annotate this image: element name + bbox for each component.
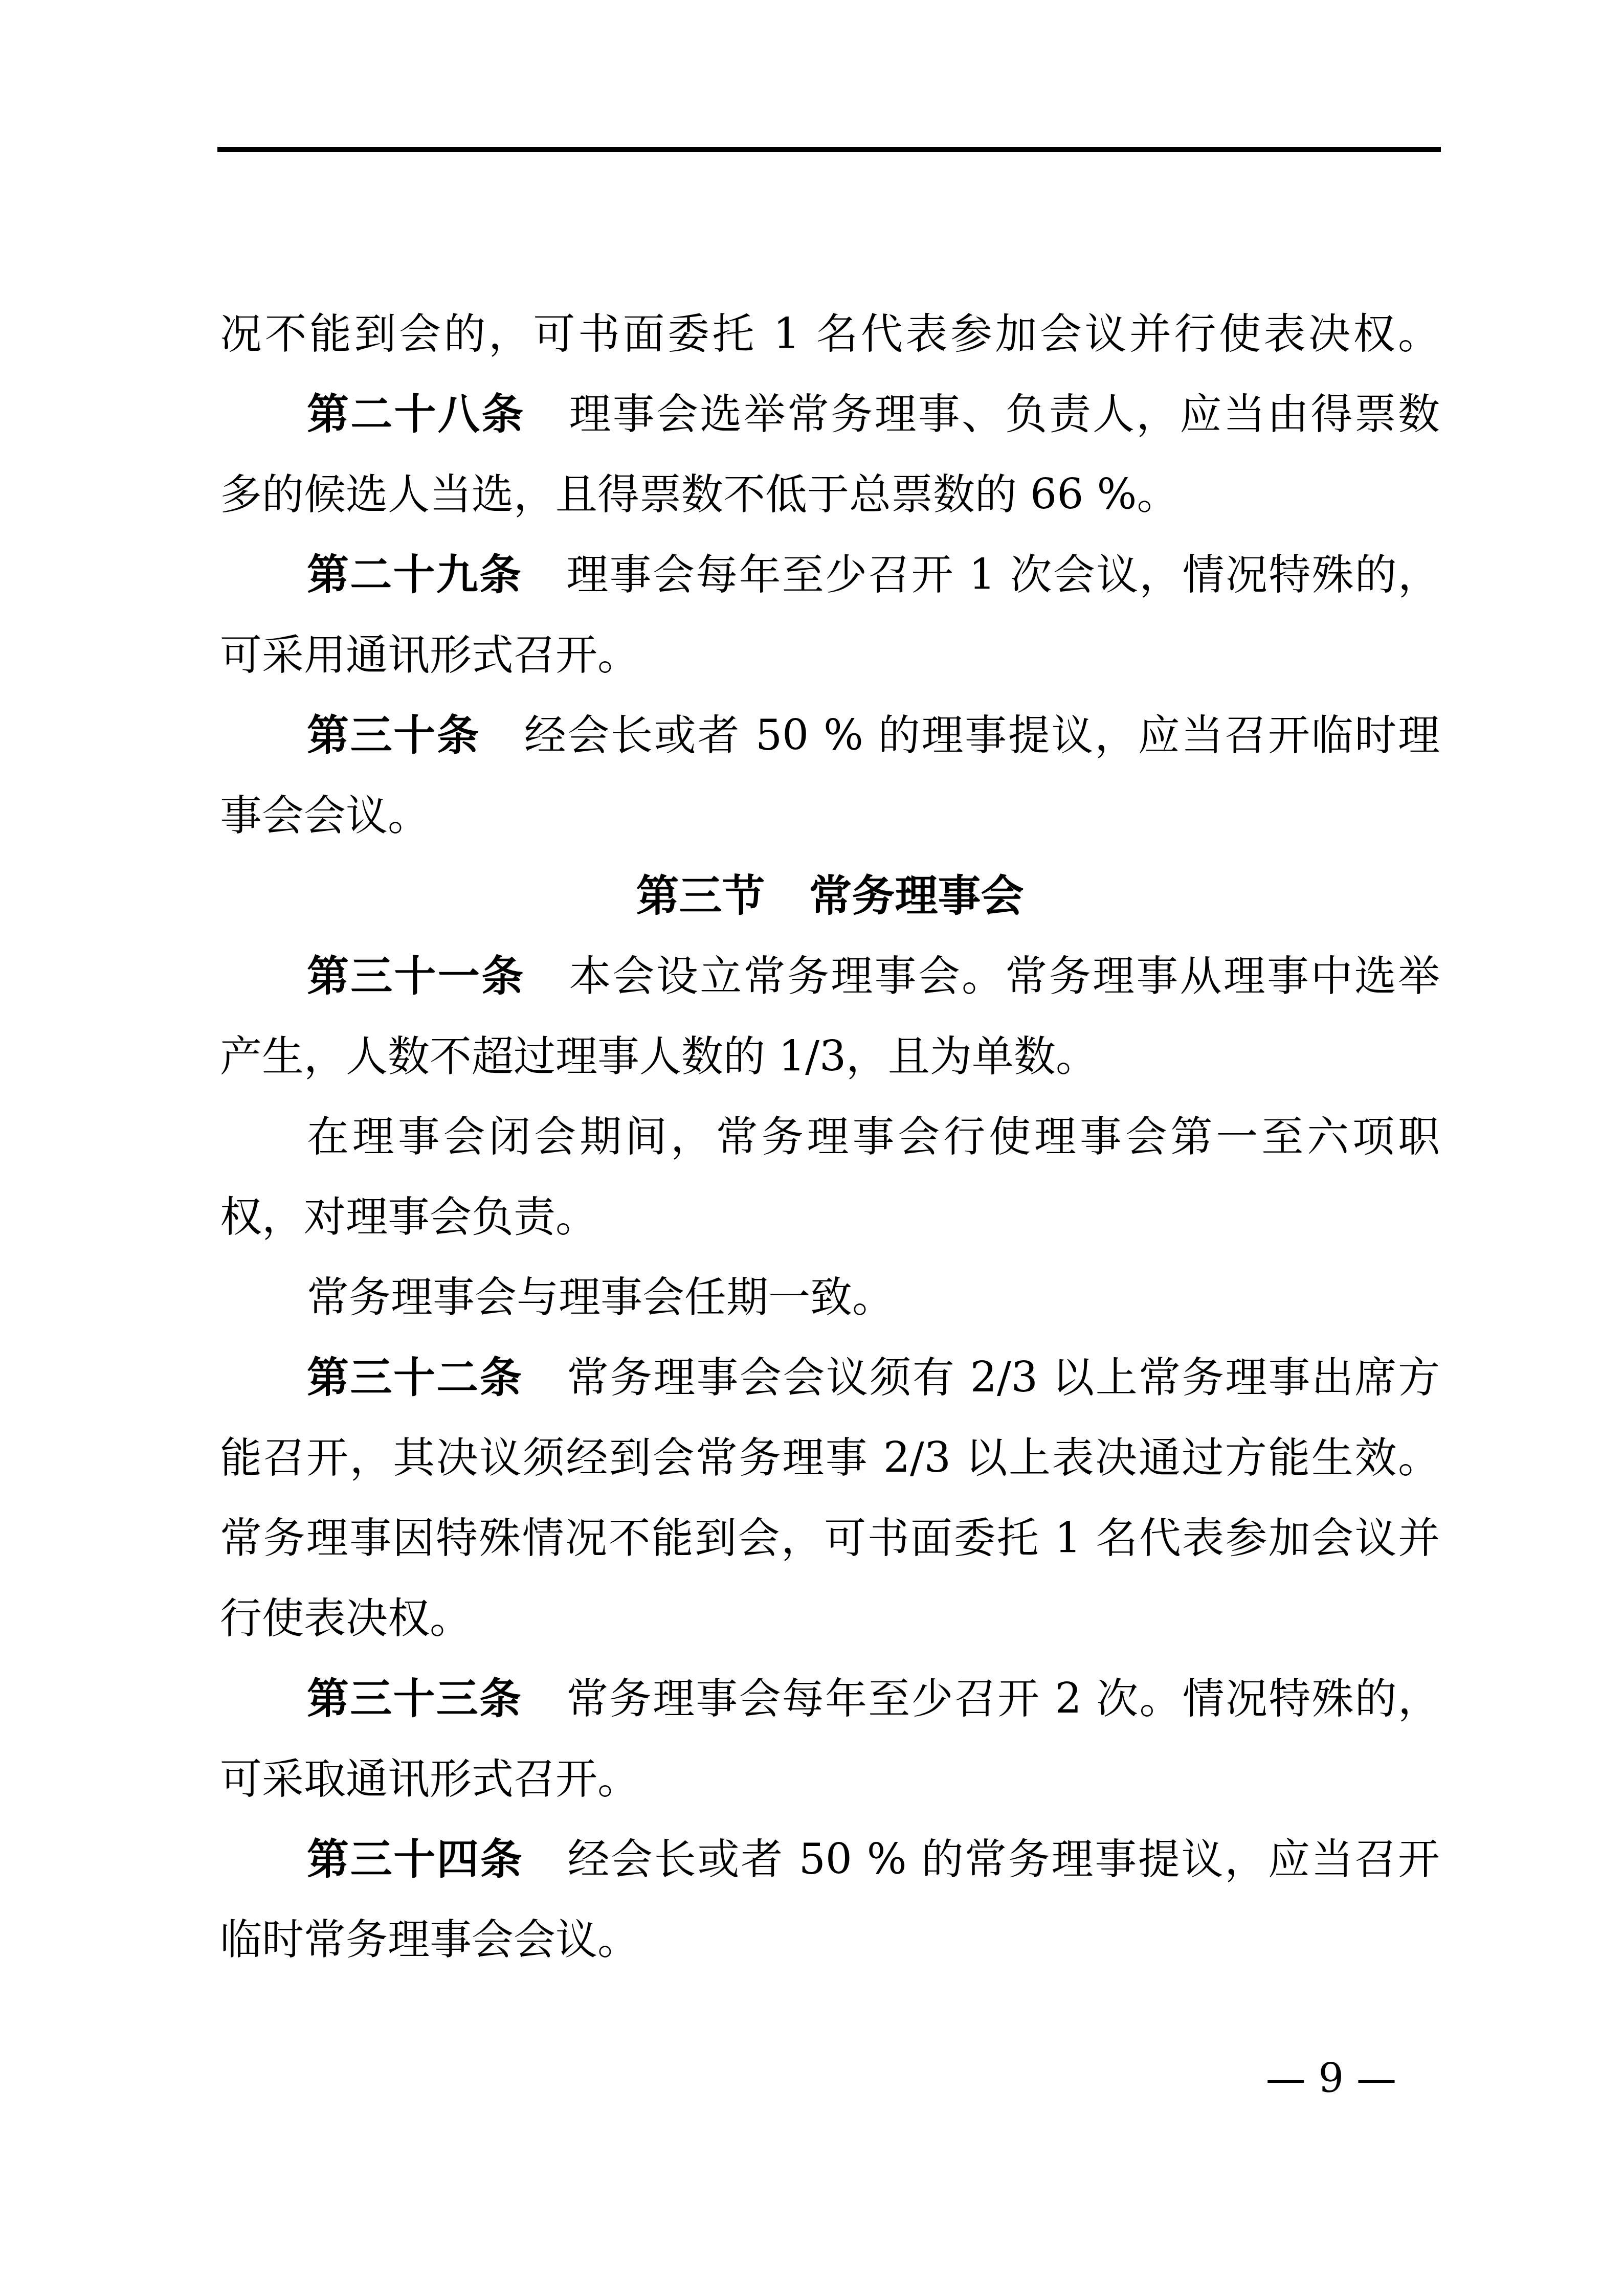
text-segment: 1 bbox=[1040, 1514, 1096, 1563]
text-segment: 可采用通讯形式召开。 bbox=[220, 631, 639, 680]
text-segment: 次会议，情况特殊的， bbox=[1010, 551, 1440, 599]
text-segment: 行使表决权。 bbox=[220, 1594, 472, 1643]
text-line: 常务理事会与理事会任期一致。 bbox=[220, 1257, 1440, 1338]
text-segment: 经会长或者 bbox=[567, 1835, 784, 1884]
text-segment: 况不能到会的，可书面委托 bbox=[220, 310, 757, 358]
text-segment: 1/3 bbox=[765, 1032, 846, 1081]
text-line: 常务理事因特殊情况不能到会，可书面委托 1 名代表参加会议并 bbox=[220, 1498, 1440, 1579]
article-number: 第三十二条 bbox=[307, 1354, 523, 1402]
text-segment: 权，对理事会负责。 bbox=[220, 1193, 597, 1242]
text-line: 第三十一条本会设立常务理事会。常务理事从理事中选举 bbox=[220, 936, 1440, 1017]
text-line: 临时常务理事会会议。 bbox=[220, 1900, 1440, 1980]
text-segment: 本会设立常务理事会。常务理事从理事中选举 bbox=[569, 952, 1440, 1001]
text-segment: 常务理事会会议须有 bbox=[567, 1354, 955, 1402]
text-segment: 能召开，其决议须经到会常务理事 bbox=[220, 1434, 869, 1482]
text-line: 第三十四条经会长或者 50 % 的常务理事提议，应当召开 bbox=[220, 1819, 1440, 1900]
text-line: 第二十八条理事会选举常务理事、负责人，应当由得票数 bbox=[220, 374, 1440, 455]
text-segment: 理事会每年至少召开 bbox=[566, 551, 954, 599]
text-line: 可采取通讯形式召开。 bbox=[220, 1739, 1440, 1819]
text-segment: 1 bbox=[954, 551, 1010, 599]
text-segment: 事会会议。 bbox=[220, 792, 430, 840]
text-segment: 名代表参加会议并行使表决权。 bbox=[816, 310, 1440, 358]
text-line: 第二十九条理事会每年至少召开 1 次会议，情况特殊的， bbox=[220, 535, 1440, 615]
text-segment: ，且为单数。 bbox=[846, 1032, 1098, 1081]
page-number: — 9 — bbox=[1266, 2053, 1396, 2104]
text-line: 产生，人数不超过理事人数的 1/3，且为单数。 bbox=[220, 1017, 1440, 1097]
text-line: 权，对理事会负责。 bbox=[220, 1177, 1440, 1257]
text-line: 第三十三条常务理事会每年至少召开 2 次。情况特殊的， bbox=[220, 1659, 1440, 1739]
text-segment: 名代表参加会议并 bbox=[1096, 1514, 1440, 1563]
section-heading-part: 第三节 bbox=[636, 871, 765, 921]
text-segment: 经会长或者 bbox=[524, 711, 741, 760]
text-segment: 常务理事会每年至少召开 bbox=[566, 1675, 1040, 1723]
text-segment: 50 % bbox=[784, 1835, 922, 1884]
text-segment: 在理事会闭会期间，常务理事会行使理事会第一至六项职 bbox=[307, 1113, 1440, 1161]
section-heading-part: 常务理事会 bbox=[809, 871, 1024, 921]
text-segment: 2/3 bbox=[955, 1354, 1052, 1402]
text-segment: 产生，人数不超过理事人数的 bbox=[220, 1032, 765, 1081]
text-line: 在理事会闭会期间，常务理事会行使理事会第一至六项职 bbox=[220, 1097, 1440, 1177]
text-segment: 常务理事会与理事会任期一致。 bbox=[307, 1273, 894, 1322]
text-segment: 2 bbox=[1040, 1675, 1096, 1723]
text-segment: 以上常务理事出席方 bbox=[1052, 1354, 1440, 1402]
header-rule bbox=[217, 147, 1441, 152]
text-segment: 次。情况特殊的， bbox=[1096, 1675, 1440, 1723]
text-segment: 。 bbox=[1137, 470, 1178, 519]
text-line: 事会会议。 bbox=[220, 776, 1440, 856]
text-segment: 以上表决通过方能生效。 bbox=[965, 1434, 1440, 1482]
text-segment: 常务理事因特殊情况不能到会，可书面委托 bbox=[220, 1514, 1040, 1563]
text-line: 况不能到会的，可书面委托 1 名代表参加会议并行使表决权。 bbox=[220, 294, 1440, 374]
text-segment: 2/3 bbox=[869, 1434, 965, 1482]
text-segment: 理事会选举常务理事、负责人，应当由得票数 bbox=[569, 390, 1440, 439]
article-number: 第三十四条 bbox=[307, 1835, 523, 1884]
text-line: 行使表决权。 bbox=[220, 1579, 1440, 1659]
text-segment: 的理事提议，应当召开临时理 bbox=[878, 711, 1440, 760]
text-line: 第三十条经会长或者 50 % 的理事提议，应当召开临时理 bbox=[220, 695, 1440, 776]
text-line: 第三十二条常务理事会会议须有 2/3 以上常务理事出席方 bbox=[220, 1338, 1440, 1418]
text-line: 可采用通讯形式召开。 bbox=[220, 615, 1440, 695]
text-segment: 50 % bbox=[741, 711, 878, 760]
text-segment: 的常务理事提议，应当召开 bbox=[921, 1835, 1440, 1884]
document-body: 况不能到会的，可书面委托 1 名代表参加会议并行使表决权。第二十八条理事会选举常… bbox=[220, 294, 1440, 1980]
text-line: 能召开，其决议须经到会常务理事 2/3 以上表决通过方能生效。 bbox=[220, 1418, 1440, 1498]
article-number: 第三十三条 bbox=[307, 1675, 522, 1723]
text-segment: 可采取通讯形式召开。 bbox=[220, 1755, 639, 1804]
section-heading: 第三节常务理事会 bbox=[220, 856, 1440, 936]
article-number: 第三十一条 bbox=[307, 952, 525, 1001]
text-segment: 1 bbox=[757, 310, 816, 358]
text-segment: 临时常务理事会会议。 bbox=[220, 1916, 639, 1964]
text-segment: 66 % bbox=[1017, 470, 1137, 519]
article-number: 第二十八条 bbox=[307, 390, 525, 439]
text-segment: 多的候选人当选，且得票数不低于总票数的 bbox=[220, 470, 1017, 519]
document-page: 况不能到会的，可书面委托 1 名代表参加会议并行使表决权。第二十八条理事会选举常… bbox=[0, 0, 1624, 2296]
text-line: 多的候选人当选，且得票数不低于总票数的 66 %。 bbox=[220, 455, 1440, 535]
article-number: 第三十条 bbox=[307, 711, 480, 760]
article-number: 第二十九条 bbox=[307, 551, 522, 599]
